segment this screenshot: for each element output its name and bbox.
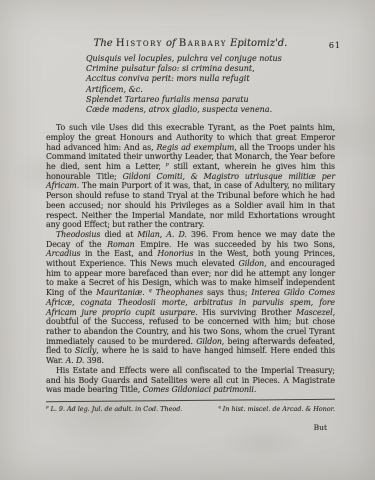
running-header: The History of Barbary Epitomiz'd. 61	[46, 38, 335, 50]
verse-line: Splendet Tartareo furialis mensa paratu	[86, 95, 335, 105]
verse-line: Crimine pulsatur falso: si crimina desun…	[86, 64, 335, 74]
catchword: But	[46, 423, 327, 432]
verse-line: Accitus conviva perit: mors nulla refugi…	[86, 74, 335, 84]
verse-line: Quisquis vel locuples, pulchra vel conju…	[86, 54, 335, 64]
footnotes: p L. 9. Ad leg. Jul. de adult. in Cod. T…	[46, 405, 335, 413]
body-paragraph-3: His Estate and Effects were all confisca…	[46, 366, 335, 395]
scanned-book-page: The History of Barbary Epitomiz'd. 61 Qu…	[0, 0, 375, 480]
footnote-p: p L. 9. Ad leg. Jul. de adult. in Cod. T…	[46, 405, 182, 413]
latin-verse: Quisquis vel locuples, pulchra vel conju…	[86, 54, 335, 115]
verse-line: Artificem, &c.	[86, 85, 335, 95]
text-block: The History of Barbary Epitomiz'd. 61 Qu…	[46, 38, 335, 432]
body-paragraph-2: Theodosius died at Milan, A. D. 396. Fro…	[46, 230, 335, 366]
body-paragraph-1: To such vile Uses did this execrable Tyr…	[46, 123, 335, 230]
footnote-q: q In hist. miscel. de Arcad. & Honor.	[218, 405, 335, 413]
page-number: 61	[329, 40, 341, 52]
verse-line: Cæde madens, atrox gladio, suspecta vene…	[86, 105, 335, 115]
page-title: The History of Barbary Epitomiz'd.	[94, 38, 288, 49]
footnote-rule	[46, 399, 335, 403]
